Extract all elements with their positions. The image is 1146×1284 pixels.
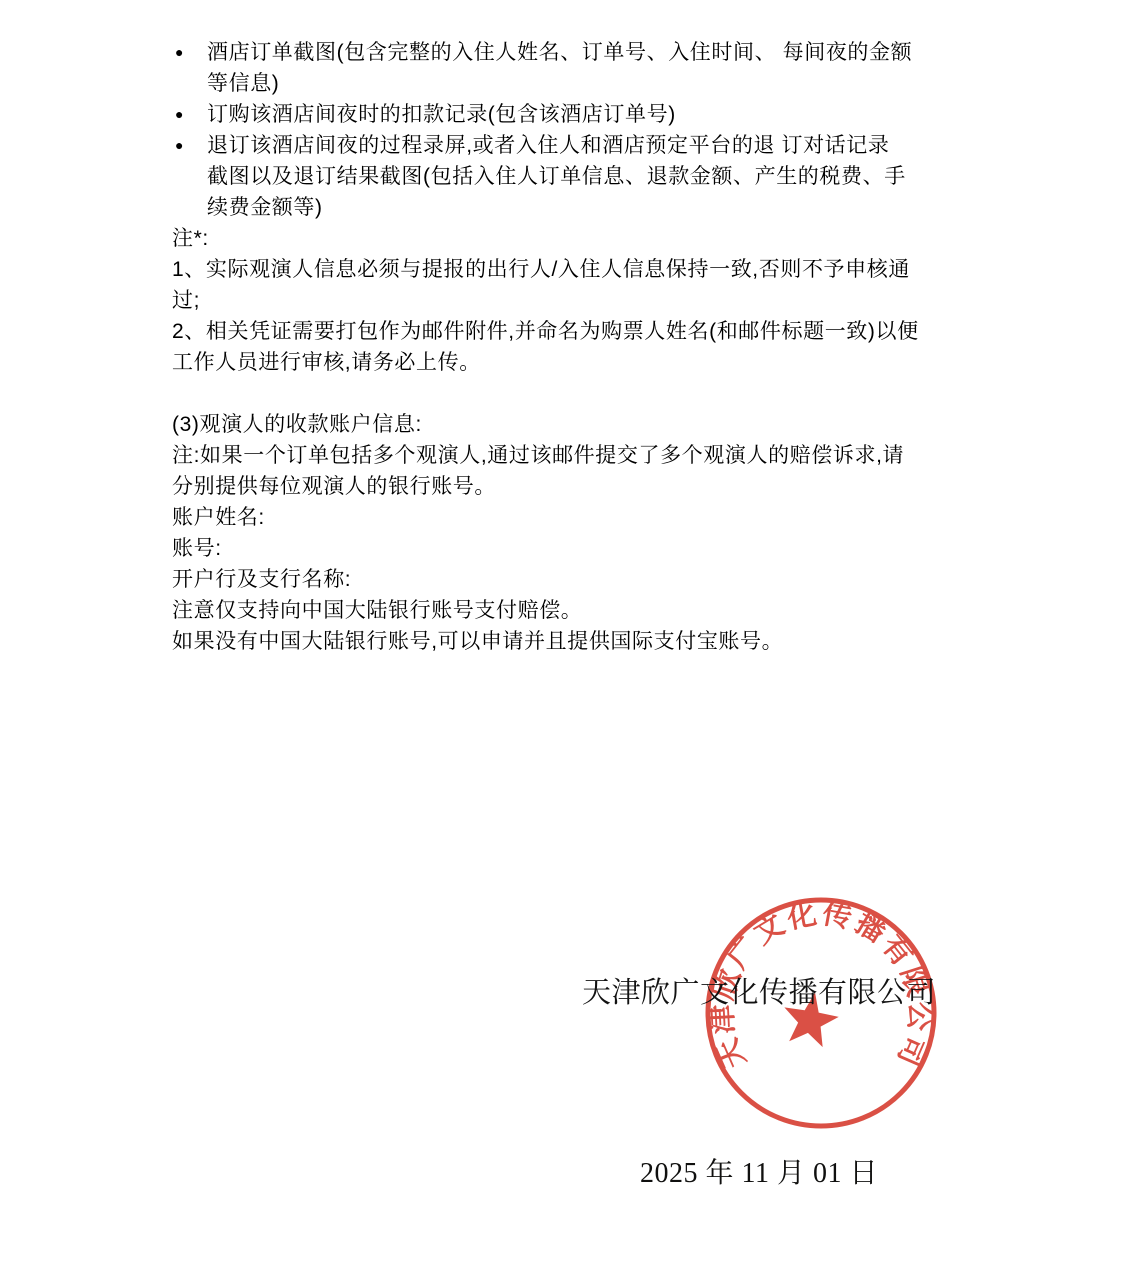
notes-section: 注*: 1、实际观演人信息必须与提报的出行人/入住人信息保持一致,否则不予申核通… <box>172 223 1002 378</box>
note-line: 注*: <box>172 223 1002 254</box>
note-line: 2、相关凭证需要打包作为邮件附件,并命名为购票人姓名(和邮件标题一致)以便 <box>172 316 1002 347</box>
account-section-line: 注意仅支持向中国大陆银行账号支付赔偿。 <box>172 595 1002 626</box>
bank-branch-label: 开户行及支行名称: <box>172 564 1002 595</box>
account-holder-name-label: 账户姓名: <box>172 502 1002 533</box>
signature-date: 2025 年 11 月 01 日 <box>640 1151 878 1191</box>
bullet-text-line: 订购该酒店间夜时的扣款记录(包含该酒店订单号) <box>172 99 1002 130</box>
bullet-text-line: 退订该酒店间夜的过程录屏,或者入住人和酒店预定平台的退 订对话记录 <box>172 130 1002 161</box>
bullet-text-line: 酒店订单截图(包含完整的入住人姓名、订单号、入住时间、 每间夜的金额 <box>172 37 1002 68</box>
document-body: ● 酒店订单截图(包含完整的入住人姓名、订单号、入住时间、 每间夜的金额 等信息… <box>172 37 1002 657</box>
note-line: 工作人员进行审核,请务必上传。 <box>172 347 1002 378</box>
bullet-item-cancellation-proof: ● 退订该酒店间夜的过程录屏,或者入住人和酒店预定平台的退 订对话记录 截图以及… <box>172 130 1002 223</box>
account-number-label: 账号: <box>172 533 1002 564</box>
bullet-item-payment-record: ● 订购该酒店间夜时的扣款记录(包含该酒店订单号) <box>172 99 1002 130</box>
bullet-icon: ● <box>175 37 183 68</box>
blank-line <box>172 378 1002 409</box>
bullet-text-line: 续费金额等) <box>172 192 1002 223</box>
bullet-icon: ● <box>175 99 183 130</box>
note-line: 1、实际观演人信息必须与提报的出行人/入住人信息保持一致,否则不予申核通 <box>172 254 1002 285</box>
bullet-icon: ● <box>175 130 183 161</box>
bullet-item-hotel-order: ● 酒店订单截图(包含完整的入住人姓名、订单号、入住时间、 每间夜的金额 等信息… <box>172 37 1002 99</box>
account-section-line: 如果没有中国大陆银行账号,可以申请并且提供国际支付宝账号。 <box>172 626 1002 657</box>
account-section-line: (3)观演人的收款账户信息: <box>172 409 1002 440</box>
account-section-line: 注:如果一个订单包括多个观演人,通过该邮件提交了多个观演人的赔偿诉求,请 <box>172 440 1002 471</box>
bullet-text-line: 等信息) <box>172 68 1002 99</box>
account-section-line: 分别提供每位观演人的银行账号。 <box>172 471 1002 502</box>
note-line: 过; <box>172 285 1002 316</box>
account-info-section: (3)观演人的收款账户信息: 注:如果一个订单包括多个观演人,通过该邮件提交了多… <box>172 409 1002 657</box>
company-name-text: 天津欣广文化传播有限公司 <box>582 970 936 1011</box>
bullet-text-line: 截图以及退订结果截图(包括入住人订单信息、退款金额、产生的税费、手 <box>172 161 1002 192</box>
